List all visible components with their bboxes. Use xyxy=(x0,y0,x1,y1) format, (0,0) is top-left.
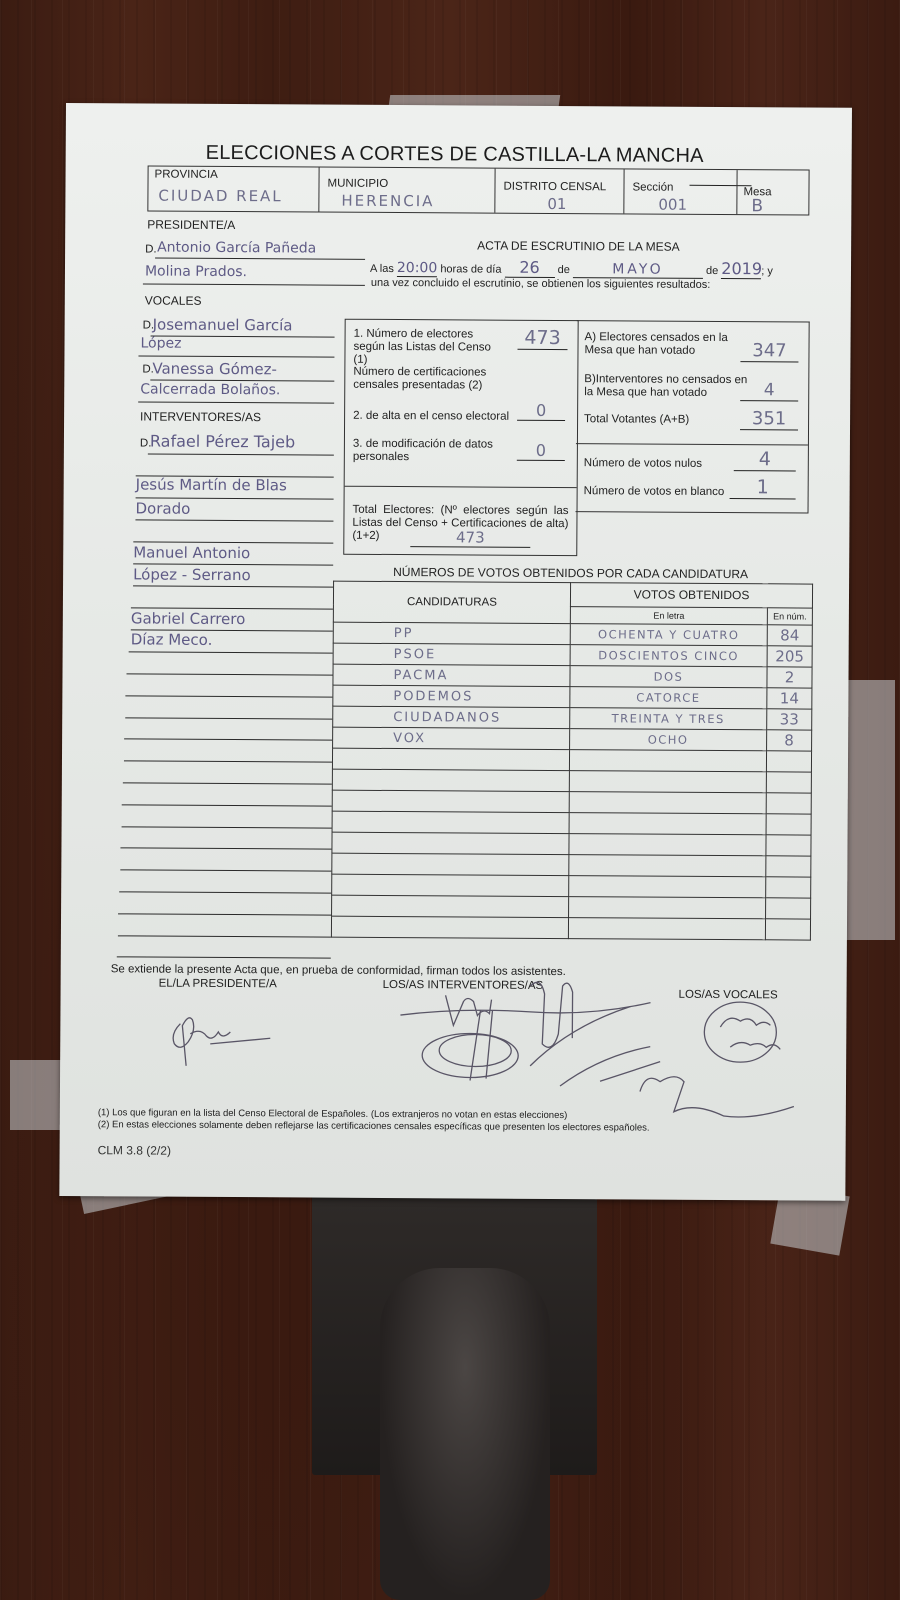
tape-right xyxy=(845,680,895,940)
presidente-signature xyxy=(173,1018,270,1067)
vocales-signatures xyxy=(704,1002,780,1062)
election-record-form: ELECCIONES A CORTES DE CASTILLA-LA MANCH… xyxy=(59,103,852,1201)
door-knocker xyxy=(380,1268,550,1600)
form-code: CLM 3.8 (2/2) xyxy=(98,1143,171,1157)
signatures xyxy=(59,103,852,1201)
